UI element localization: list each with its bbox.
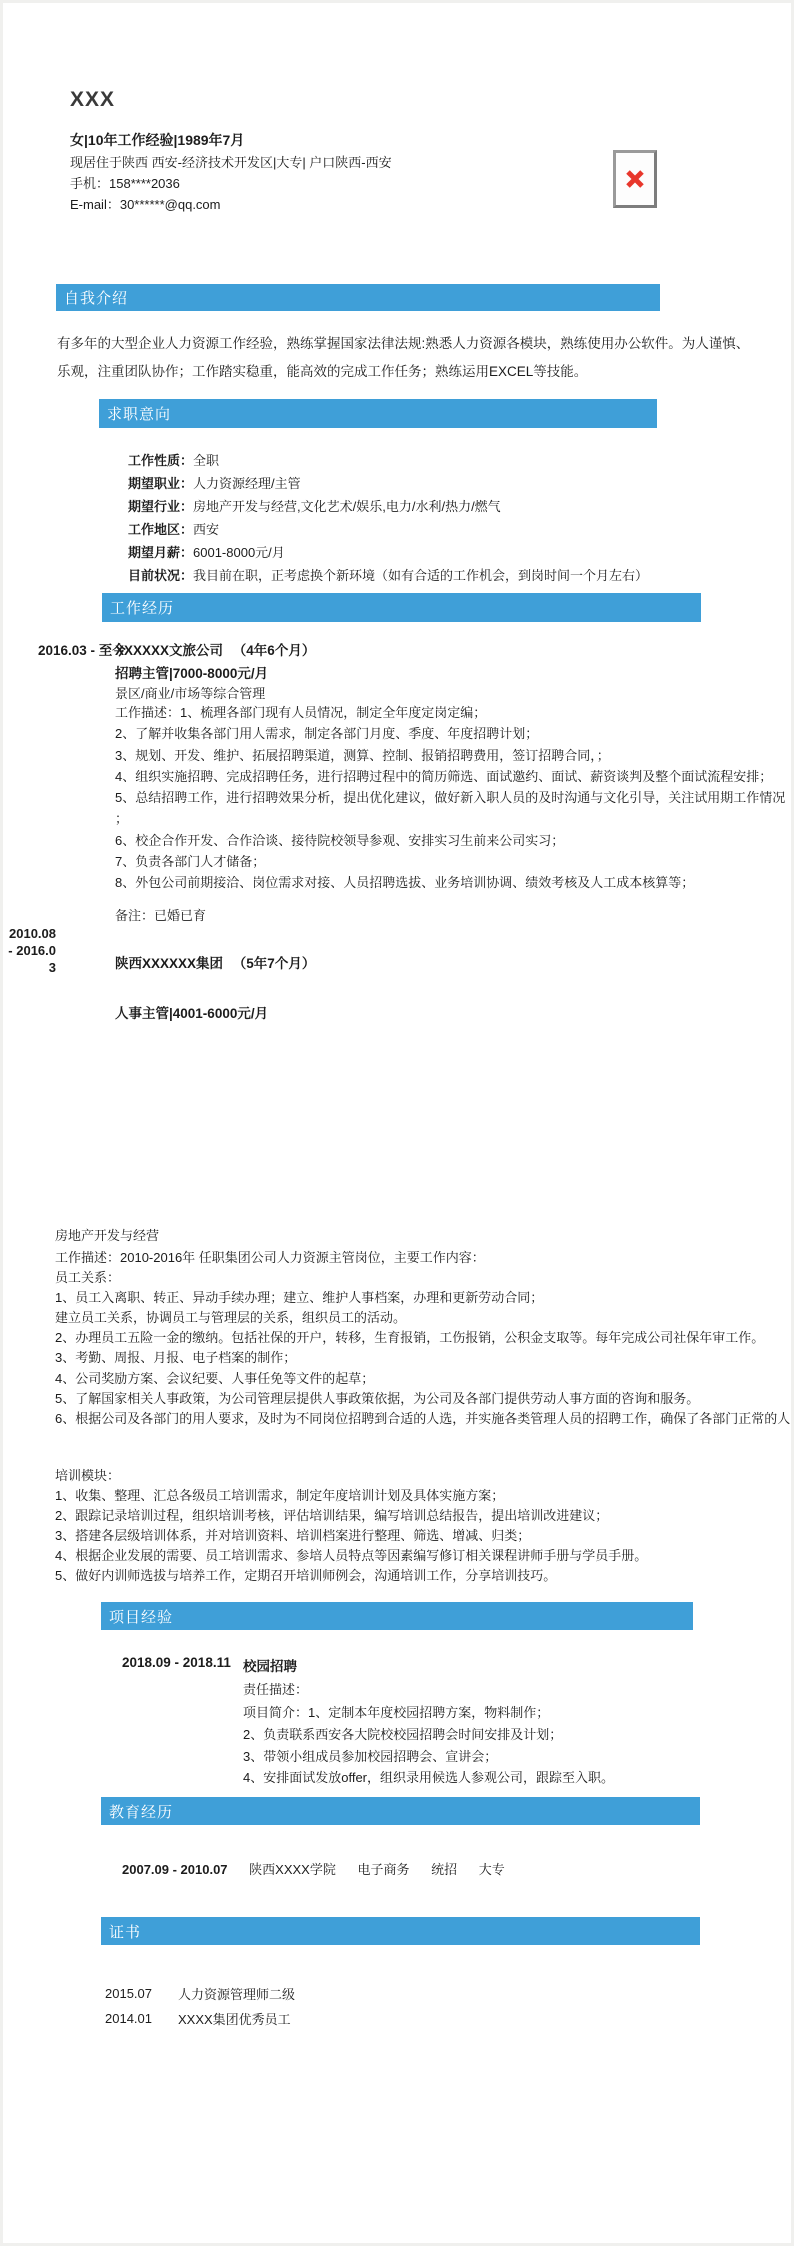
field-expect-salary: 期望月薪：6001-8000元/月 [128,542,648,565]
field-work-type: 工作性质：全职 [128,450,648,473]
phone-label: 手机： [70,176,109,191]
job2-company: 陕西XXXXXX集团 [115,956,223,971]
project-name: 校园招聘 [243,1655,297,1675]
job2-desc-line: 5、了解国家相关人事政策，为公司管理层提供人事政策依据，为公司及各部门提供劳动人… [55,1388,794,1408]
job1-description: 工作描述：1、梳理各部门现有人员情况，制定全年度定岗定编； 2、了解并收集各部门… [115,702,794,894]
job-intent-fields: 工作性质：全职 期望职业：人力资源经理/主管 期望行业：房地产开发与经营,文化艺… [128,450,648,588]
field-current-status: 目前状况：我目前在职，正考虑换个新环境（如有合适的工作机会，到岗时间一个月左右） [128,565,648,588]
job1-note: 备注：已婚已育 [115,906,206,926]
cert-name: 人力资源管理师二级 [178,1985,295,2005]
project-resp-label: 责任描述： [243,1680,308,1700]
field-expect-industry: 期望行业：房地产开发与经营,文化艺术/娱乐,电力/水利/热力/燃气 [128,496,648,519]
job2-position: 人事主管|4001-6000元/月 [115,1002,268,1022]
job2-company-line: 陕西XXXXXX集团 （5年7个月） [115,952,315,972]
job1-desc-line: 2、了解并收集各部门用人需求，制定各部门月度、季度、年度招聘计划； [115,723,794,744]
job2-training-line: 2、跟踪记录培训过程，组织培训考核，评估培训结果，编写培训总结报告，提出培训改进… [55,1505,794,1525]
project-lines: 项目简介：1、定制本年度校园招聘方案，物料制作； 2、负责联系西安各大院校校园招… [243,1702,794,1789]
section-header-work-exp: 工作经历 [102,593,701,622]
email-label: E-mail： [70,197,120,212]
job1-desc-line: 6、校企合作开发、合作洽谈、接待院校领导参观、安排实习生前来公司实习； [115,830,794,851]
job1-desc-line: 3、规划、开发、维护、拓展招聘渠道，测算、控制、报销招聘费用，签订招聘合同，； [115,745,794,766]
education-major: 电子商务 [357,1862,409,1877]
section-header-education: 教育经历 [101,1797,700,1825]
photo-placeholder [613,150,657,208]
job2-training: 培训模块： 1、收集、整理、汇总各级员工培训需求，制定年度培训计划及具体实施方案… [55,1465,794,1586]
education-row: 2007.09 - 2010.07 陕西XXXX学院 电子商务 统招 大专 [122,1860,523,1880]
cert-date: 2014.01 [105,2011,152,2026]
candidate-email: E-mail：30******@qq.com [70,195,221,215]
job2-desc-line: 6、根据公司及各部门的用人要求，及时为不同岗位招聘到合适的人选，并实施各类管理人… [55,1408,794,1428]
job2-desc-line: 员工关系： [55,1267,794,1287]
field-expect-position: 期望职业：人力资源经理/主管 [128,473,648,496]
candidate-summary: 女|10年工作经验|1989年7月 [70,130,244,150]
section-header-job-intent: 求职意向 [99,399,657,428]
cert-name: XXXX集团优秀员工 [178,2010,291,2030]
job2-training-line: 5、做好内训师选拔与培养工作，定期召开培训师例会，沟通培训工作，分享培训技巧。 [55,1565,794,1585]
project-line: 3、带领小组成员参加校园招聘会、宣讲会； [243,1746,794,1768]
cert-date: 2015.07 [105,1986,152,2001]
job1-period: 2016.03 - 至今 [38,639,126,659]
job1-desc-line: 4、组织实施招聘、完成招聘任务，进行招聘过程中的简历筛选、面试邀约、面试、薪资谈… [115,766,794,787]
job2-industry: 房地产开发与经营 [55,1226,159,1246]
project-line: 项目简介：1、定制本年度校园招聘方案，物料制作； [243,1702,794,1724]
job2-training-line: 培训模块： [55,1465,794,1485]
job2-desc-line: 2、办理员工五险一金的缴纳。包括社保的开户，转移，生育报销，工伤报销，公积金支取… [55,1327,794,1347]
self-intro-text: 有多年的大型企业人力资源工作经验，熟练掌握国家法律法规:熟悉人力资源各模块，熟练… [57,330,751,386]
email-value: 30******@qq.com [120,197,221,212]
job2-desc-line: 1、员工入离职、转正、异动手续办理；建立、维护人事档案，办理和更新劳动合同； [55,1287,794,1307]
project-line: 2、负责联系西安各大院校校园招聘会时间安排及计划； [243,1724,794,1746]
job1-position: 招聘主管|7000-8000元/月 [115,662,268,682]
job1-desc-line: 工作描述：1、梳理各部门现有人员情况，制定全年度定岗定编； [115,702,794,723]
project-line: 4、安排面试发放offer，组织录用候选人参观公司，跟踪至入职。 [243,1767,794,1789]
project-period: 2018.09 - 2018.11 [122,1655,231,1670]
job2-desc-line: 建立员工关系，协调员工与管理层的关系，组织员工的活动。 [55,1307,794,1327]
education-degree: 大专 [479,1862,505,1877]
job1-company-line: XXXXXX文旅公司 （4年6个月） [115,639,315,659]
education-school: 陕西XXXX学院 [249,1862,336,1877]
section-header-certs: 证书 [101,1917,700,1945]
phone-value: 158****2036 [109,176,180,191]
job1-category: 景区/商业/市场等综合管理 [115,684,265,704]
education-type: 统招 [431,1862,457,1877]
job2-training-line: 4、根据企业发展的需要、员工培训需求、参培人员特点等因素编写修订相关课程讲师手册… [55,1545,794,1565]
job1-company: XXXXXX文旅公司 [115,643,223,658]
job2-desc-line: 3、考勤、周报、月报、电子档案的制作； [55,1347,794,1367]
job2-description: 工作描述：2010-2016年 任职集团公司人力资源主管岗位，主要工作内容： 员… [55,1247,794,1428]
job1-duration: （4年6个月） [233,643,316,658]
broken-image-x-icon [625,169,645,189]
resume-page: { "colors": { "accent_blue": "#3f9fd8", … [0,0,794,2246]
job1-desc-line: 5、总结招聘工作，进行招聘效果分析，提出优化建议，做好新入职人员的及时沟通与文化… [115,787,794,808]
job2-duration: （5年7个月） [233,956,316,971]
job2-desc-line: 4、公司奖励方案、会议纪要、人事任免等文件的起草； [55,1368,794,1388]
job1-desc-line: 7、负责各部门人才储备； [115,851,794,872]
candidate-phone: 手机：158****2036 [70,174,180,194]
job2-desc-line: 工作描述：2010-2016年 任职集团公司人力资源主管岗位，主要工作内容： [55,1247,794,1267]
candidate-residence: 现居住于陕西 西安-经济技术开发区|大专| 户口陕西-西安 [70,153,392,173]
section-header-project: 项目经验 [101,1602,693,1630]
field-work-area: 工作地区：西安 [128,519,648,542]
job2-training-line: 1、收集、整理、汇总各级员工培训需求，制定年度培训计划及具体实施方案； [55,1485,794,1505]
job1-desc-line: 8、外包公司前期接洽、岗位需求对接、人员招聘选拔、业务培训协调、绩效考核及人工成… [115,872,794,893]
job2-training-line: 3、搭建各层级培训体系，并对培训资料、培训档案进行整理、筛选、增减、归类； [55,1525,794,1545]
job1-desc-line: ； [115,808,794,829]
candidate-name: XXX [70,88,115,112]
education-period: 2007.09 - 2010.07 [122,1862,228,1877]
section-header-self-intro: 自我介绍 [56,284,660,311]
job2-period: 2010.08 - 2016.03 [8,925,56,976]
